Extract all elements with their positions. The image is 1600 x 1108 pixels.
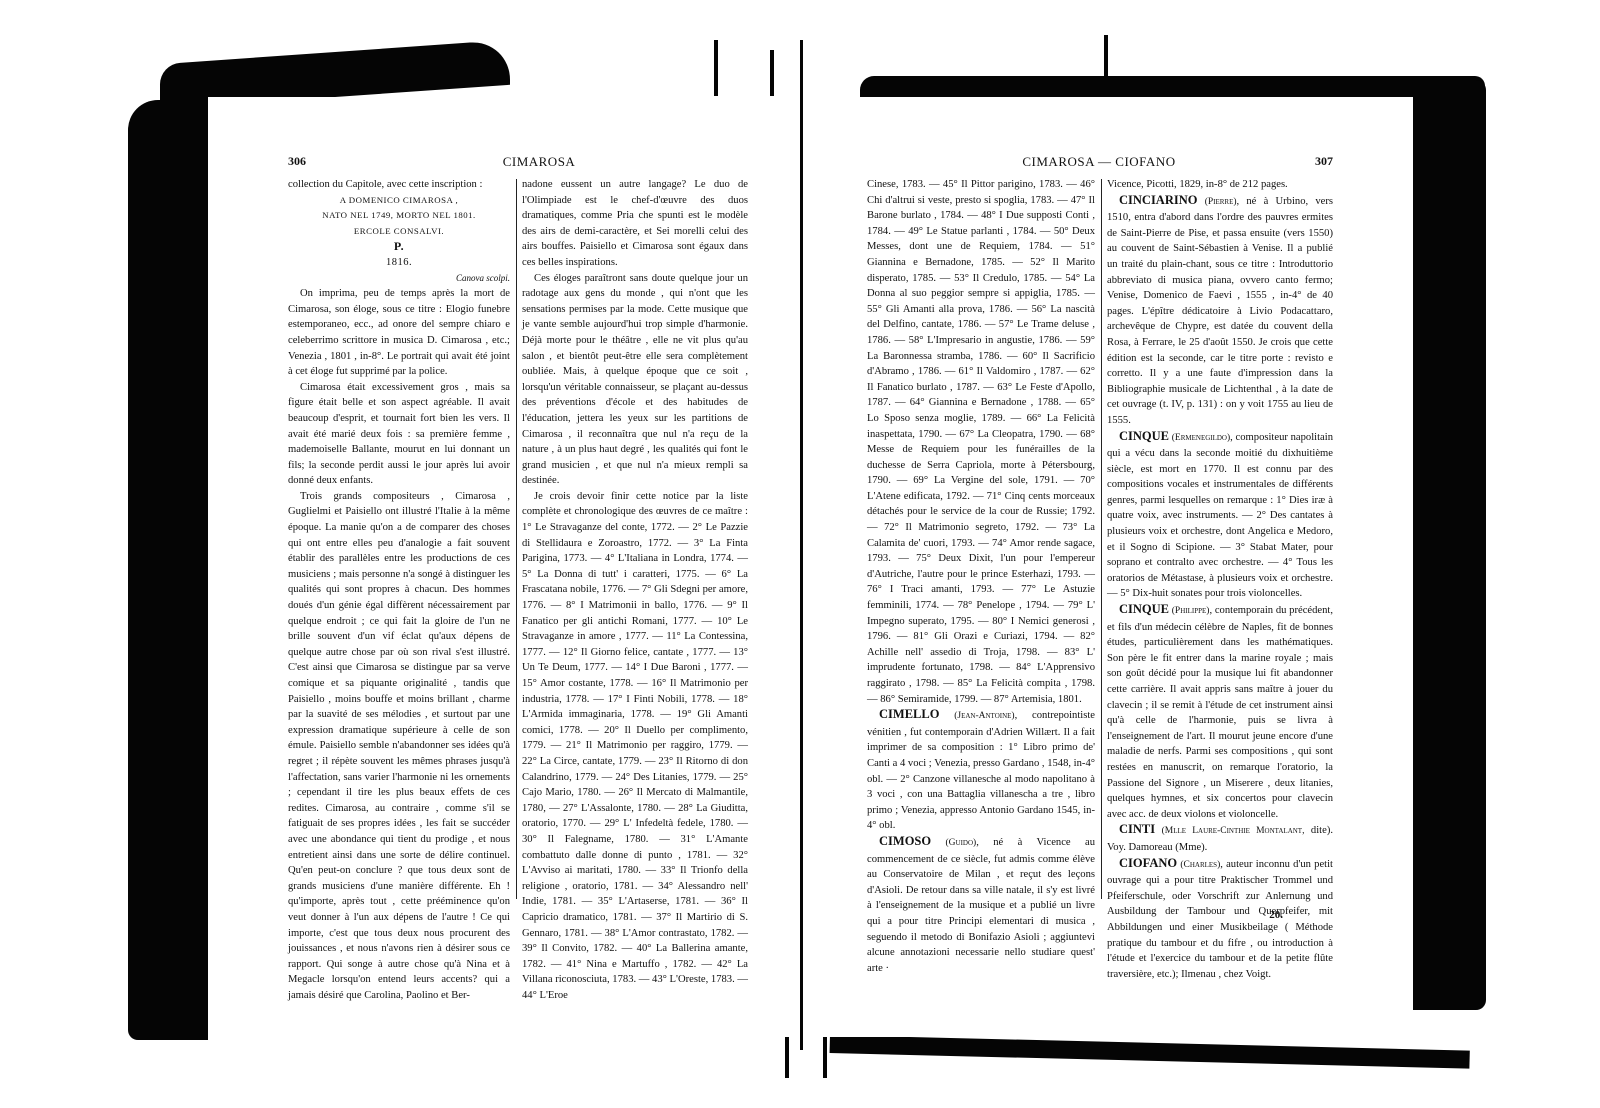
scan-artifact xyxy=(770,50,774,96)
entry-given-name: (Mlle Laure-Cinthie Montalant, xyxy=(1162,826,1305,836)
paragraph: Cinese, 1783. — 45° Il Pittor parigino, … xyxy=(867,177,1095,707)
sculptor-credit: Canova scolpi. xyxy=(288,271,510,287)
paragraph: Je crois devoir finir cette notice par l… xyxy=(522,489,748,1004)
paragraph: Ces éloges paraîtront sans doute quelque… xyxy=(522,271,748,489)
paragraph: Cimarosa était excessivement gros , mais… xyxy=(288,380,510,489)
entry-headword: CINTI xyxy=(1119,822,1155,836)
entry-headword: CIMOSO xyxy=(879,834,931,848)
entry-headword: CIMELLO xyxy=(879,707,939,721)
inscription-line: ERCOLE CONSALVI. xyxy=(288,224,510,240)
column-divider xyxy=(1101,179,1102,899)
entry-given-name: (Ermenegildo) xyxy=(1172,433,1230,443)
scan-artifact xyxy=(714,40,718,96)
entry-text: , compositeur napolitain qui a vécu dans… xyxy=(1107,432,1333,600)
inscription-year: 1816. xyxy=(288,255,510,271)
dictionary-entry: CINTI (Mlle Laure-Cinthie Montalant, dit… xyxy=(1107,822,1333,855)
paragraph: Vicence, Picotti, 1829, in-8° de 212 pag… xyxy=(1107,177,1333,193)
column-2: nadone eussent un autre langage? Le duo … xyxy=(522,177,748,1003)
entry-headword: CIOFANO xyxy=(1119,856,1177,870)
running-head: CIMAROSA — CIOFANO 307 xyxy=(865,154,1333,170)
book-spine xyxy=(800,40,803,1050)
entry-headword: CINQUE xyxy=(1119,429,1169,443)
right-page: CIMAROSA — CIOFANO 307 Cinese, 1783. — 4… xyxy=(805,97,1413,1037)
inscription-line: A DOMENICO CIMAROSA , xyxy=(288,193,510,209)
scan-artifact xyxy=(823,1036,827,1078)
entry-headword: CINCIARINO xyxy=(1119,193,1197,207)
paragraph: nadone eussent un autre langage? Le duo … xyxy=(522,177,748,271)
running-title: CIMAROSA xyxy=(288,154,790,170)
column-2: Vicence, Picotti, 1829, in-8° de 212 pag… xyxy=(1107,177,1333,982)
entry-headword: CINQUE xyxy=(1119,602,1169,616)
scan-artifact xyxy=(785,1036,789,1078)
scan-border-left xyxy=(128,100,208,1040)
running-title: CIMAROSA — CIOFANO xyxy=(865,154,1333,170)
column-1: collection du Capitole, avec cette inscr… xyxy=(288,177,510,1003)
entry-given-name: (Jean-Antoine) xyxy=(954,711,1014,721)
column-divider xyxy=(516,179,517,899)
entry-given-name: (Charles) xyxy=(1180,860,1220,870)
scan-border-right xyxy=(1410,80,1486,1010)
paragraph: Trois grands compositeurs , Cimarosa , G… xyxy=(288,489,510,1004)
inscription-line: NATO NEL 1749, MORTO NEL 1801. xyxy=(288,208,510,224)
entry-given-name: (Guido) xyxy=(946,838,977,848)
paragraph: On imprima, peu de temps après la mort d… xyxy=(288,286,510,380)
scan-border-bottom-right xyxy=(830,1035,1470,1069)
entry-text: , né à Vicence au commencement de ce siè… xyxy=(867,837,1095,974)
entry-given-name: (Philippe) xyxy=(1172,606,1210,616)
paragraph: collection du Capitole, avec cette inscr… xyxy=(288,177,510,193)
dictionary-entry: CINQUE (Philippe), contemporain du précé… xyxy=(1107,602,1333,822)
entry-text: , contemporain du précédent, et fils d'u… xyxy=(1107,605,1333,820)
signature-mark: 20. xyxy=(1269,909,1283,921)
left-page: 306 CIMAROSA collection du Capitole, ave… xyxy=(208,97,800,1037)
inscription-line: P. xyxy=(288,239,510,255)
entry-given-name: (Pierre) xyxy=(1205,197,1237,207)
dictionary-entry: CIMOSO (Guido), né à Vicence au commence… xyxy=(867,834,1095,976)
entry-text: , contrepointiste vénitien , fut contemp… xyxy=(867,710,1095,831)
dictionary-entry: CINQUE (Ermenegildo), compositeur napoli… xyxy=(1107,429,1333,603)
dictionary-entry: CIOFANO (Charles), auteur inconnu d'un p… xyxy=(1107,856,1333,983)
scan-artifact xyxy=(1104,35,1108,80)
dictionary-entry: CIMELLO (Jean-Antoine), contrepointiste … xyxy=(867,707,1095,834)
column-1: Cinese, 1783. — 45° Il Pittor parigino, … xyxy=(867,177,1095,976)
entry-text: , né à Urbino, vers 1510, entra d'abord … xyxy=(1107,196,1333,426)
entry-text: , auteur inconnu d'un petit ouvrage qui … xyxy=(1107,859,1333,980)
scan-border-top-right xyxy=(860,76,1485,98)
running-head: 306 CIMAROSA xyxy=(288,154,790,170)
page-number: 307 xyxy=(1315,154,1333,169)
dictionary-entry: CINCIARINO (Pierre), né à Urbino, vers 1… xyxy=(1107,193,1333,429)
